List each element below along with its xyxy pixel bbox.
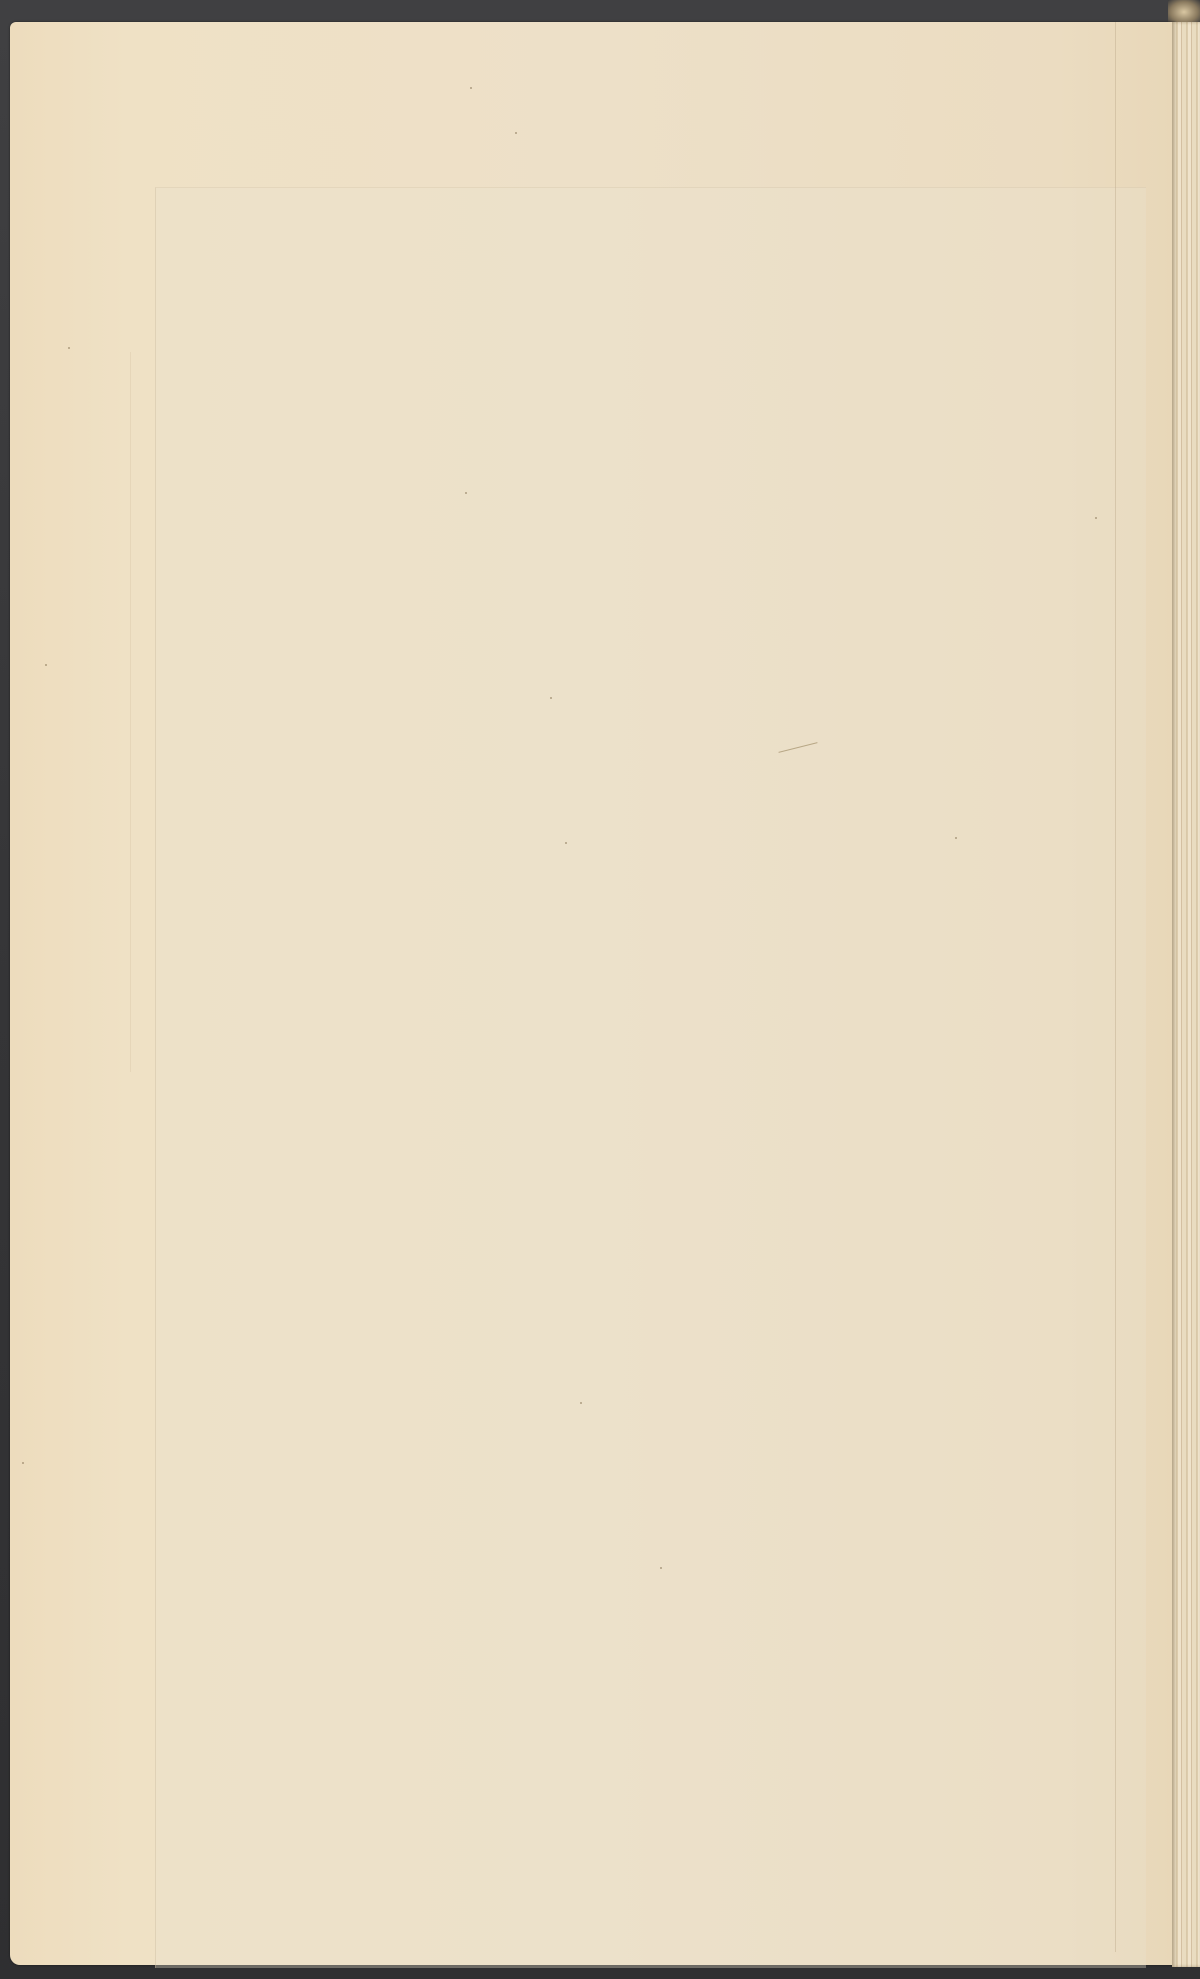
inner-margin-line [130, 352, 161, 1072]
paper-speck [565, 842, 567, 844]
paper-speck [68, 347, 70, 349]
paper-speck [1095, 517, 1097, 519]
page-fold-line [1115, 22, 1116, 1952]
paper-speck [22, 1462, 24, 1464]
book-spine-top [1168, 0, 1200, 24]
blank-page [10, 22, 1175, 1965]
stacked-page-edges [1172, 22, 1200, 1967]
paper-speck [955, 837, 957, 839]
paper-speck [470, 87, 472, 89]
plate-mark [155, 187, 1146, 1968]
paper-speck [465, 492, 467, 494]
paper-speck [515, 132, 517, 134]
paper-speck [550, 697, 552, 699]
paper-speck [580, 1402, 582, 1404]
paper-speck [45, 664, 47, 666]
paper-speck [660, 1567, 662, 1569]
